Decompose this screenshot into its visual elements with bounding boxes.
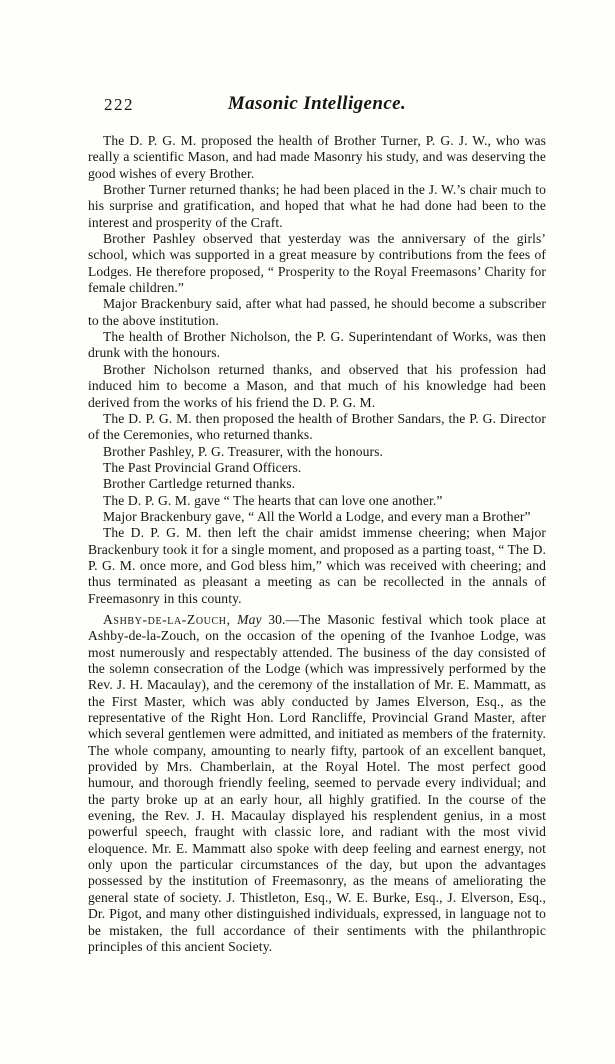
paragraph: The D. P. G. M. gave “ The hearts that c…: [88, 493, 546, 509]
paragraph: The D. P. G. M. then left the chair amid…: [88, 525, 546, 607]
dateline-month: May: [237, 612, 261, 627]
paragraph: Major Brackenbury said, after what had p…: [88, 296, 546, 329]
paragraph: Brother Cartledge returned thanks.: [88, 476, 546, 492]
paragraph: Brother Pashley, P. G. Treasurer, with t…: [88, 444, 546, 460]
dateline-place: Ashby-de-la-Zouch,: [103, 612, 231, 627]
paragraph-text: 30.—The Masonic festival which took plac…: [88, 612, 546, 954]
scanned-book-page: 222 Masonic Intelligence. The D. P. G. M…: [0, 0, 615, 1064]
page-header: 222 Masonic Intelligence.: [88, 93, 546, 119]
article-body: The D. P. G. M. proposed the health of B…: [88, 133, 546, 955]
paragraph: Brother Turner returned thanks; he had b…: [88, 182, 546, 231]
paragraph: The D. P. G. M. proposed the health of B…: [88, 133, 546, 182]
paragraph: The Past Provincial Grand Officers.: [88, 460, 546, 476]
paragraph: Major Brackenbury gave, “ All the World …: [88, 509, 546, 525]
paragraph: The D. P. G. M. then proposed the health…: [88, 411, 546, 444]
paragraph-ashby-de-la-zouch: Ashby-de-la-Zouch, May 30.—The Masonic f…: [88, 612, 546, 955]
page-content: 222 Masonic Intelligence. The D. P. G. M…: [88, 93, 546, 955]
paragraph: The health of Brother Nicholson, the P. …: [88, 329, 546, 362]
paragraph: Brother Pashley observed that yesterday …: [88, 231, 546, 296]
running-title: Masonic Intelligence.: [88, 93, 546, 115]
paragraph: Brother Nicholson returned thanks, and o…: [88, 362, 546, 411]
